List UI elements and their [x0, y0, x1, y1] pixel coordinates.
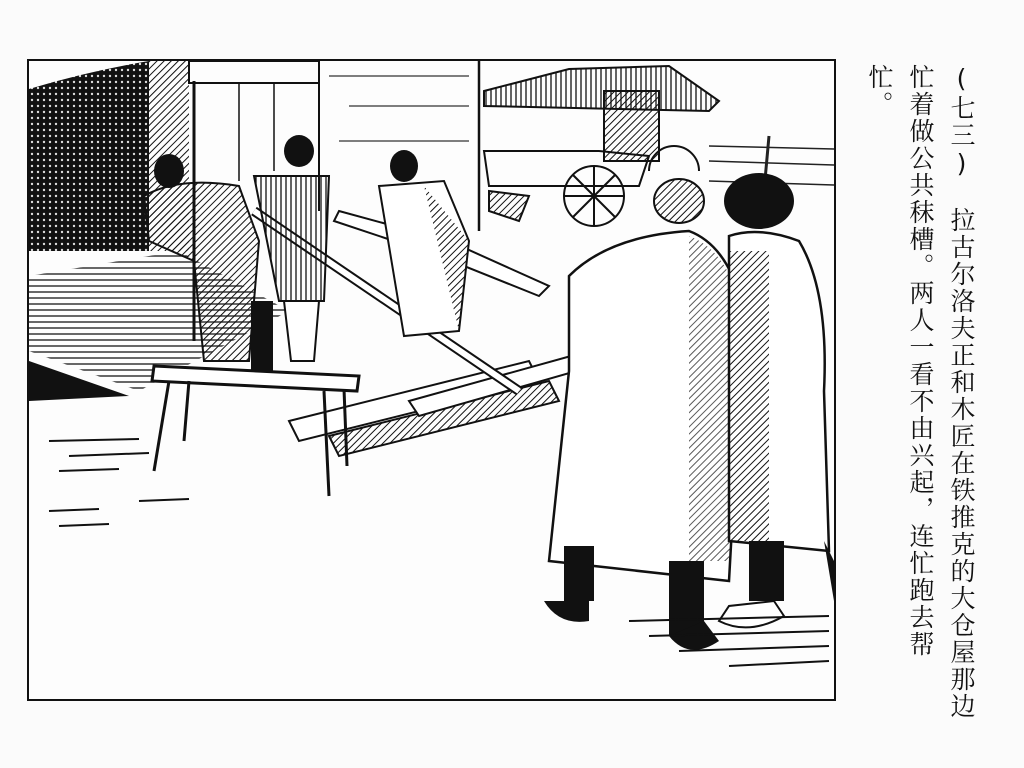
ink-illustration — [29, 61, 834, 699]
caption-column-3: 忙。 — [859, 64, 900, 724]
man-in-long-coat — [544, 179, 744, 650]
logs — [289, 351, 594, 456]
caption-text: (七三) 拉古尔洛夫正和木匠在铁推克的大仓屋那边 忙着做公共秣槽。两人一看不由兴… — [859, 64, 982, 724]
illustration-panel — [27, 59, 836, 701]
bearded-man — [719, 173, 834, 627]
caption-column-1: (七三) 拉古尔洛夫正和木匠在铁推克的大仓屋那边 — [941, 64, 982, 724]
caption-column-2: 忙着做公共秣槽。两人一看不由兴起，连忙跑去帮 — [900, 64, 941, 724]
panel-number: (七三) — [947, 64, 976, 180]
